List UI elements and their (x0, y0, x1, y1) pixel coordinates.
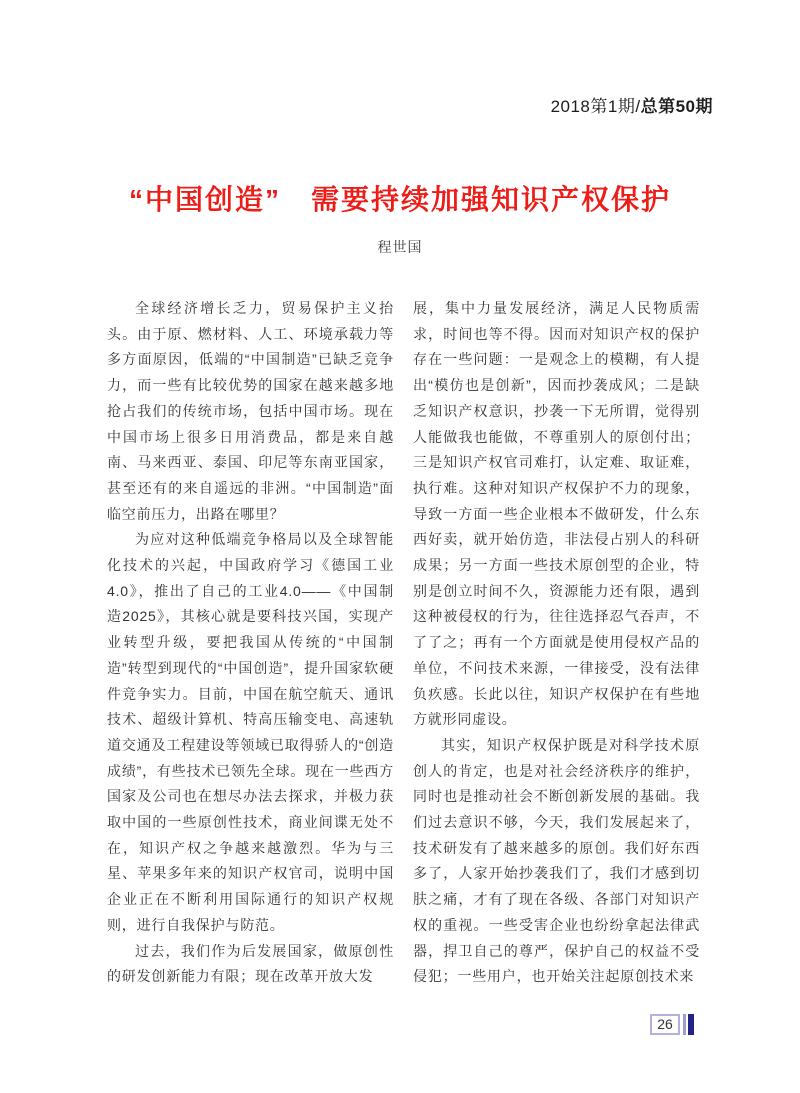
right-column: 展，集中力量发展经济，满足人民物质需求，时间也等不得。因而对知识产权的保护存在一… (413, 296, 700, 990)
paragraph: 过去，我们作为后发展国家，做原创性的研发创新能力有限；现在改革开放大发 (107, 939, 394, 990)
article-author: 程世国 (0, 237, 800, 257)
page-number-box: 26 (650, 1014, 680, 1035)
page-number: 26 (657, 1016, 673, 1032)
magazine-page: 2018第1期/总第50期 “中国创造” 需要持续加强知识产权保护 程世国 全球… (0, 0, 800, 1093)
issue-info: 2018第1期/总第50期 (551, 92, 713, 117)
paragraph: 为应对这种低端竞争格局以及全球智能化技术的兴起，中国政府学习《德国工业4.0》，… (107, 527, 394, 938)
cumulative-issue-number: 总第50期 (641, 97, 713, 116)
paragraph: 其实，知识产权保护既是对科学技术原创人的肯定，也是对社会经济秩序的维护，同时也是… (413, 733, 700, 990)
paragraph: 展，集中力量发展经济，满足人民物质需求，时间也等不得。因而对知识产权的保护存在一… (413, 296, 700, 733)
issue-number: 2018第1期 (551, 97, 636, 116)
footer-accent-bar-thick (688, 1014, 694, 1035)
paragraph: 全球经济增长乏力，贸易保护主义抬头。由于原、燃材料、人工、环境承载力等多方面原因… (107, 296, 394, 527)
article-title: “中国创造” 需要持续加强知识产权保护 (0, 178, 800, 218)
footer-accent-bar-thin (683, 1014, 686, 1035)
left-column: 全球经济增长乏力，贸易保护主义抬头。由于原、燃材料、人工、环境承载力等多方面原因… (107, 296, 394, 990)
